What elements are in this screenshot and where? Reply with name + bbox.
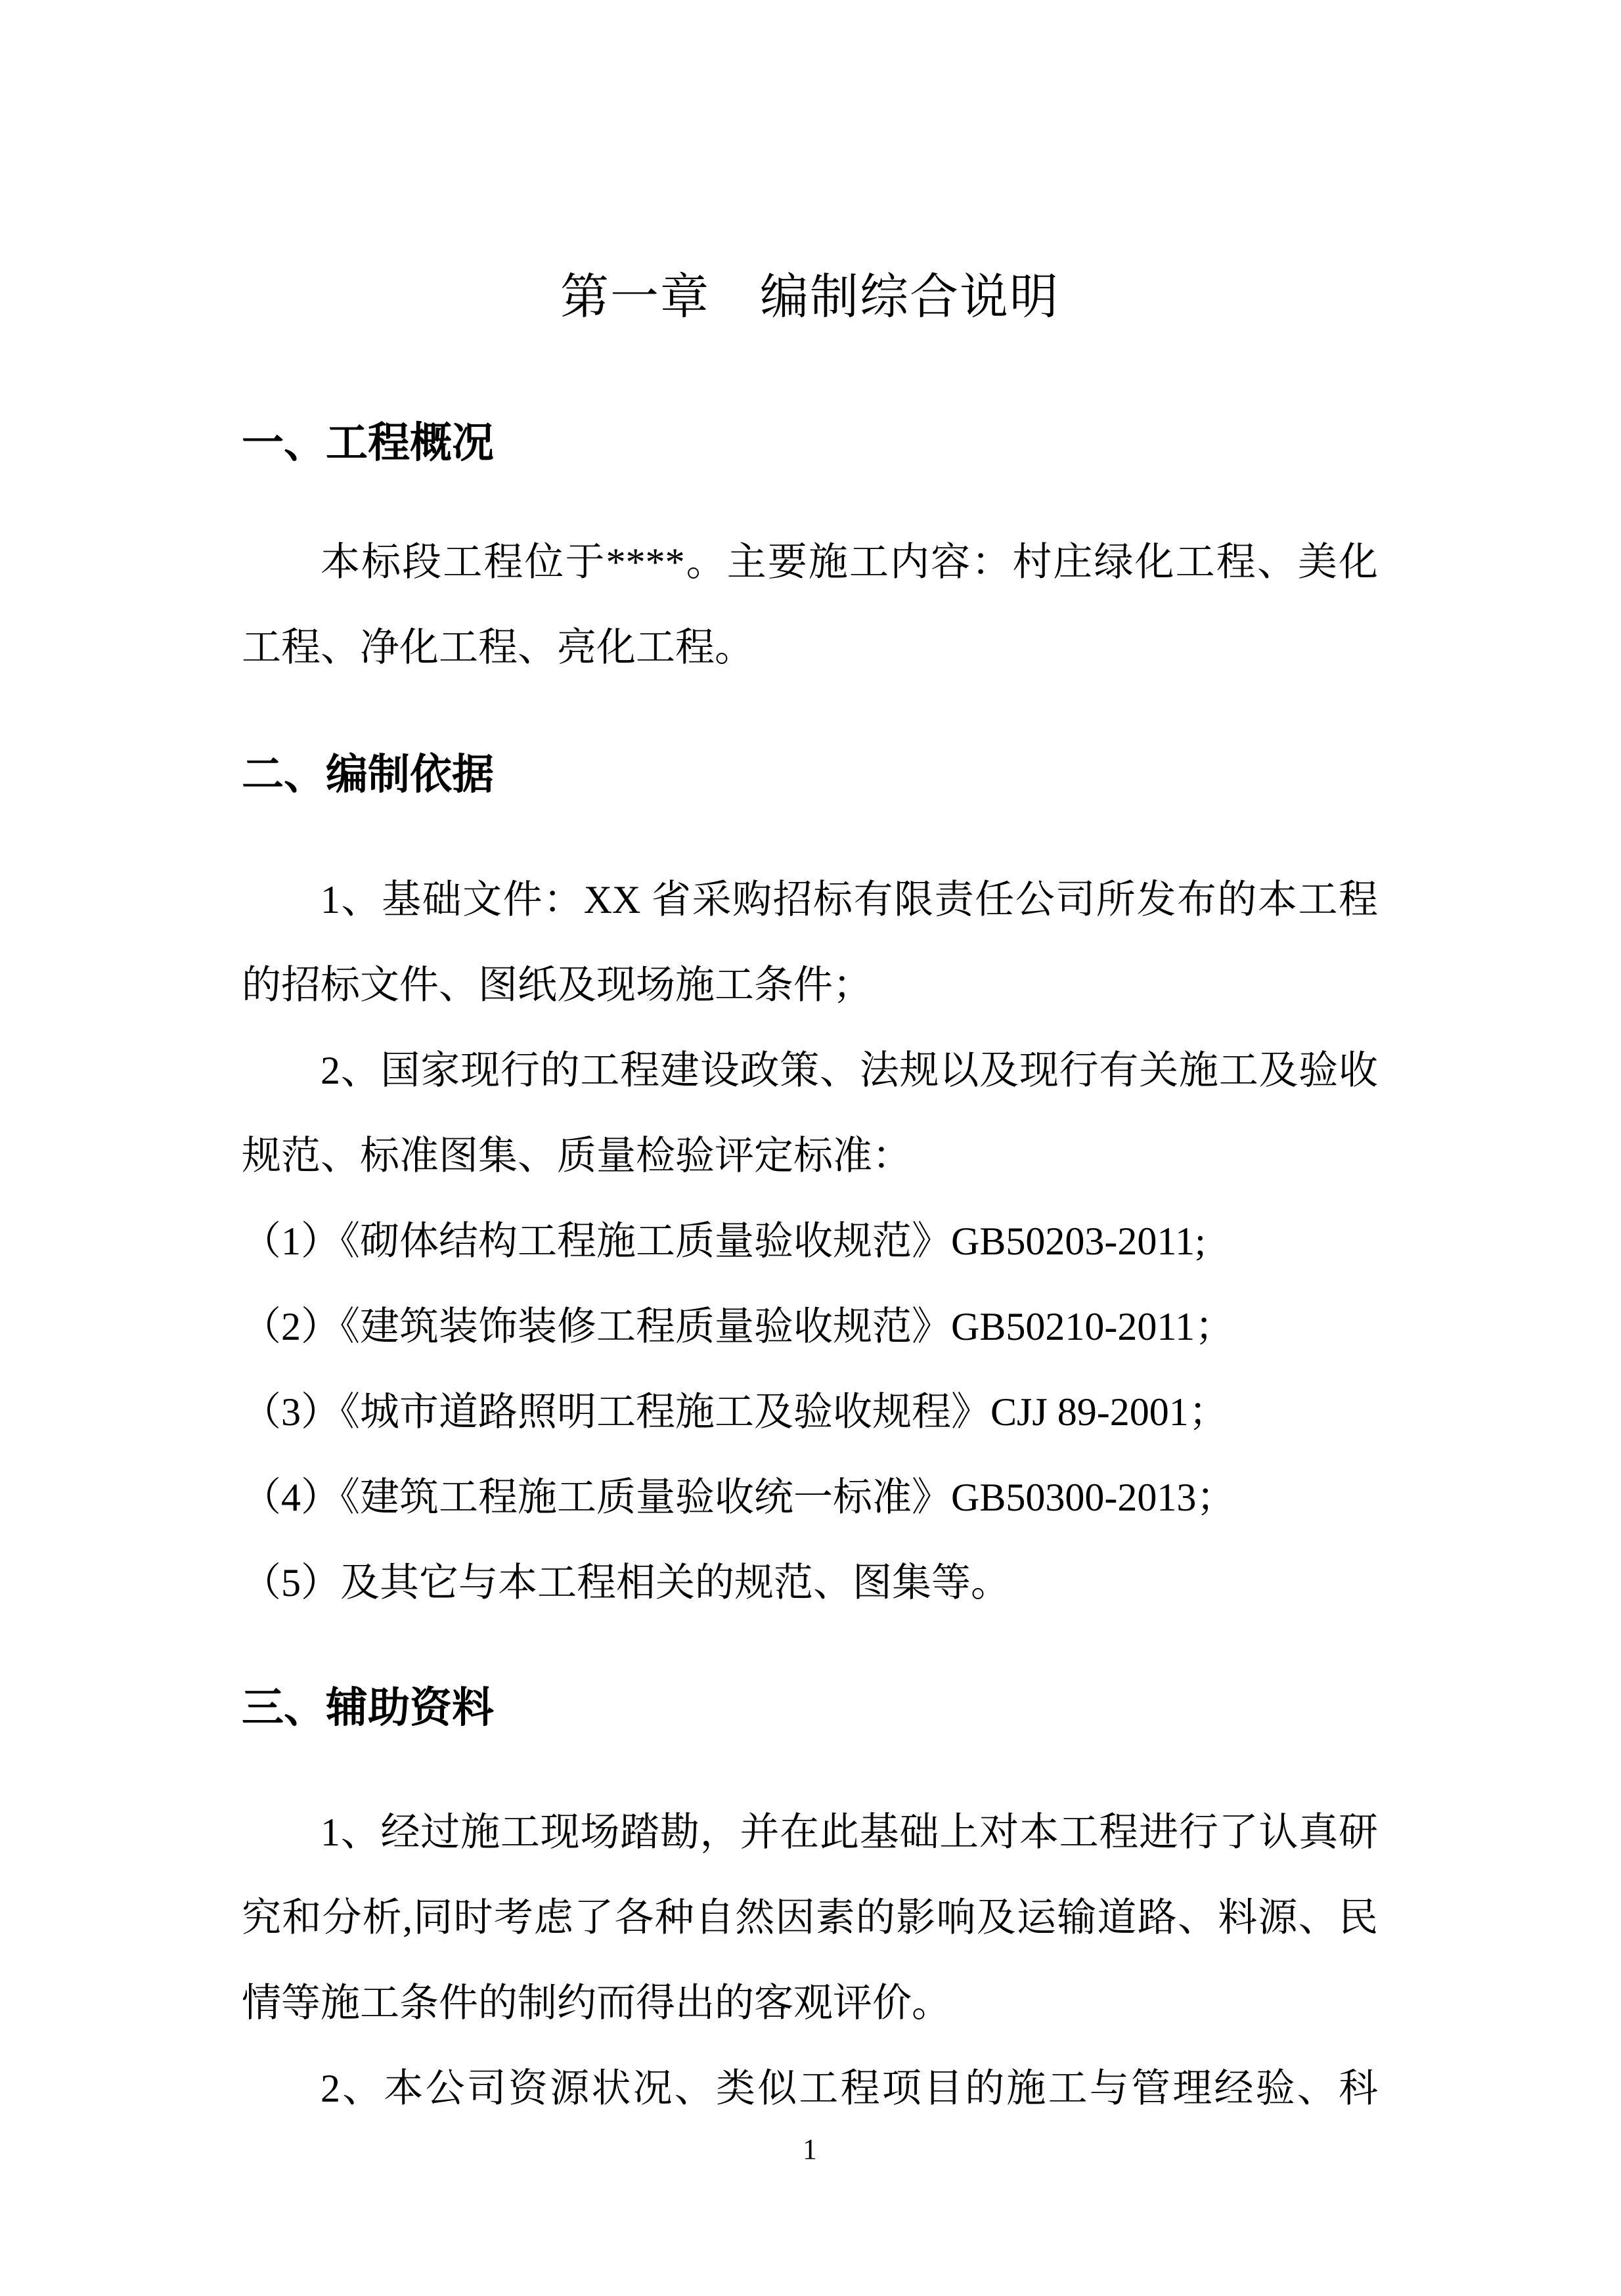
paragraph: 2、国家现行的工程建设政策、法规以及现行有关施工及验收规范、标准图集、质量检验评… bbox=[242, 1028, 1378, 1199]
list-item: （4）《建筑工程施工质量验收统一标准》GB50300-2013； bbox=[242, 1455, 1378, 1540]
paragraph: 2、本公司资源状况、类似工程项目的施工与管理经验、科 bbox=[242, 2046, 1378, 2131]
paragraph: 1、基础文件：XX 省采购招标有限责任公司所发布的本工程的招标文件、图纸及现场施… bbox=[242, 857, 1378, 1028]
document-page: 第一章 编制综合说明 一、工程概况 本标段工程位于****。主要施工内容：村庄绿… bbox=[0, 0, 1621, 2296]
list-item: （3）《城市道路照明工程施工及验收规程》CJJ 89-2001； bbox=[242, 1369, 1378, 1455]
section-heading-1: 一、工程概况 bbox=[242, 411, 1378, 474]
chapter-title: 第一章 编制综合说明 bbox=[242, 263, 1378, 332]
paragraph: 1、经过施工现场踏勘，并在此基础上对本工程进行了认真研究和分析,同时考虑了各种自… bbox=[242, 1790, 1378, 2046]
page-content: 第一章 编制综合说明 一、工程概况 本标段工程位于****。主要施工内容：村庄绿… bbox=[242, 0, 1378, 2168]
list-item: （1）《砌体结构工程施工质量验收规范》GB50203-2011; bbox=[242, 1199, 1378, 1284]
paragraph: 本标段工程位于****。主要施工内容：村庄绿化工程、美化工程、净化工程、亮化工程… bbox=[242, 519, 1378, 690]
list-item: （2）《建筑装饰装修工程质量验收规范》GB50210-2011； bbox=[242, 1284, 1378, 1369]
section-heading-2: 二、编制依据 bbox=[242, 743, 1378, 806]
section-heading-3: 三、辅助资料 bbox=[242, 1676, 1378, 1739]
page-number: 1 bbox=[242, 2131, 1378, 2168]
list-item: （5）及其它与本工程相关的规范、图集等。 bbox=[242, 1540, 1378, 1625]
